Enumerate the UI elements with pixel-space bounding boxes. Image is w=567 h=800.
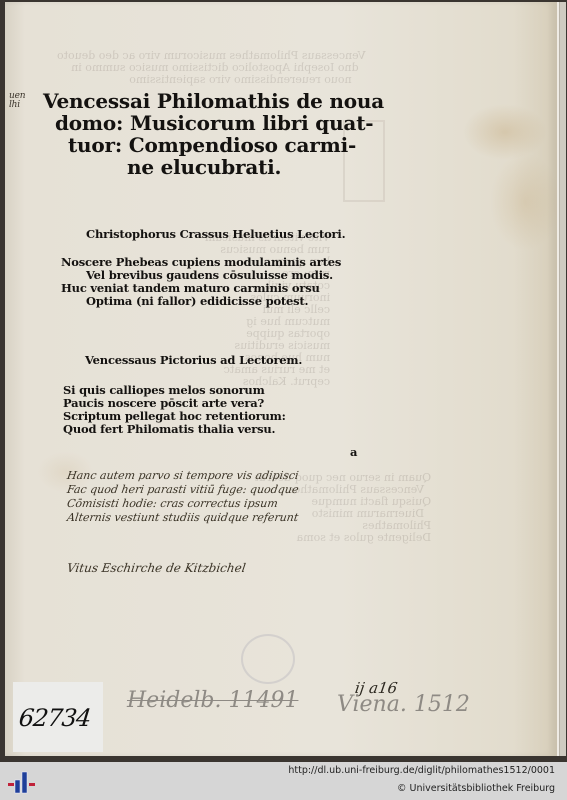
bleed-through-text: Vencessaus Philomathes musicorum viro ac…	[57, 50, 366, 86]
pencil-note-right: Viena. 1512	[337, 692, 470, 717]
verse-line: Si quis calliopes melos sonorum	[63, 384, 265, 397]
shelfmark-label: 62734	[13, 682, 103, 752]
section-heading: Christophorus Crassus Heluetius Lectori.	[86, 228, 345, 241]
verse-line: Optima (ni fallor) edidicisse potest.	[86, 295, 308, 308]
viewer-footer: http://dl.ub.uni-freiburg.de/diglit/phil…	[0, 762, 567, 800]
title-line: domo: Musicorum libri quat-	[55, 112, 373, 134]
title-line: ne elucubrati.	[127, 156, 281, 178]
section-heading: Vencessaus Pictorius ad Lectorem.	[85, 354, 302, 367]
handwritten-line: Cōmisisti hodie: cras correctus ipsum	[66, 498, 278, 511]
handwritten-line: Hanc autem parvo si tempore vis adipisci	[66, 470, 299, 483]
ub-freiburg-logo-icon[interactable]	[7, 770, 37, 794]
owner-inscription: Vitus Eschirche de Kitzbichel	[66, 562, 246, 575]
scanned-page: Vencessaus Philomathes musicorum viro ac…	[5, 2, 560, 756]
handwritten-line: Fac quod heri parasti vitiū fuge: quodqu…	[66, 484, 299, 497]
title-line: tuor: Compendioso carmi-	[68, 134, 356, 156]
verse-line: Paucis noscere pōscit arte vera?	[63, 397, 264, 410]
handwritten-line: Alternis vestiunt studiis quidque referu…	[66, 512, 299, 525]
page-edge	[559, 2, 566, 756]
copyright-notice: © Universitätsbibliothek Freiburg	[397, 783, 555, 794]
title-line: Vencessai Philomathis de noua	[43, 90, 384, 112]
verse-line: Huc veniat tandem maturo carminis orsu	[61, 282, 320, 295]
verse-line: Quod fert Philomatis thalia versu.	[63, 423, 275, 436]
faded-library-stamp	[241, 634, 295, 684]
verse-line: Scriptum pellegat hoc retentiorum:	[63, 410, 286, 423]
permalink-url[interactable]: http://dl.ub.uni-freiburg.de/diglit/phil…	[288, 765, 555, 776]
signature-mark: a	[350, 446, 357, 459]
pencil-note-left: Heidelb. 11491	[127, 688, 298, 713]
verse-line: Noscere Phebeas cupiens modulaminis arte…	[61, 256, 341, 269]
document-viewer: Vencessaus Philomathes musicorum viro ac…	[0, 0, 567, 762]
verse-line: Vel brevibus gaudens cōsuluisse modis.	[86, 269, 333, 282]
margin-note: uen lhi	[9, 92, 25, 110]
